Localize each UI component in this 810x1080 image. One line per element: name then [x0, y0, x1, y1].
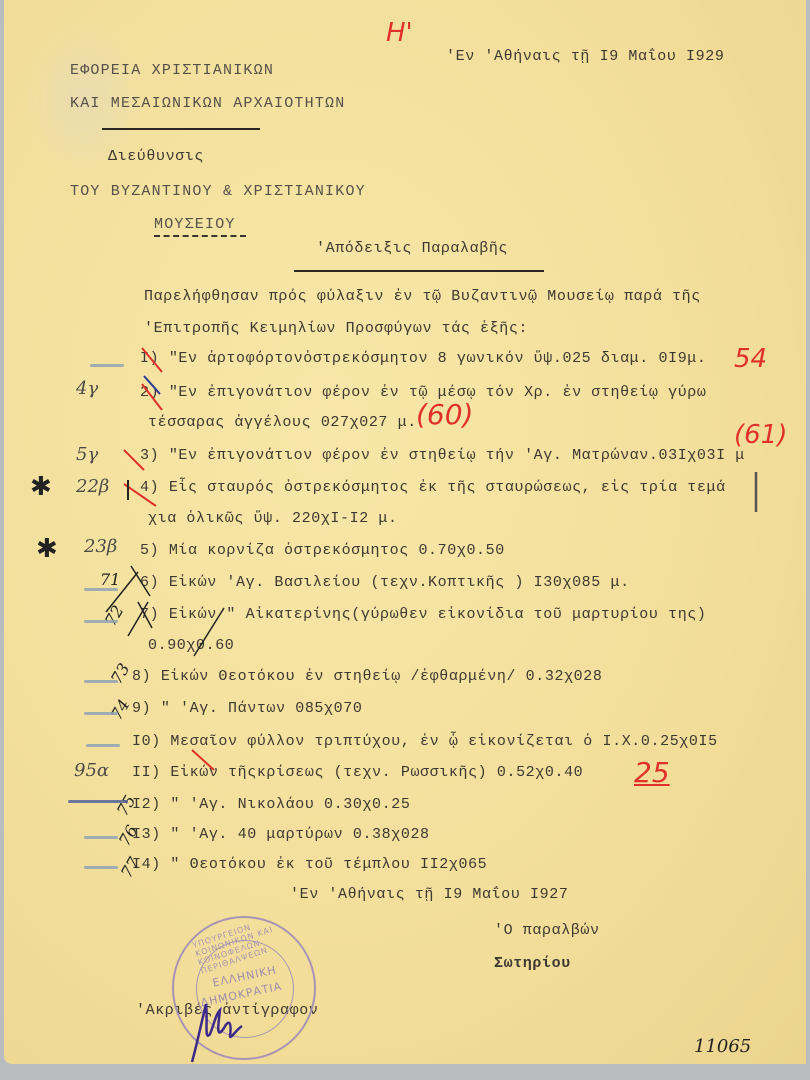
- list-item: Ι2) " 'Αγ. Νικολάου 0.30χ0.25: [132, 796, 410, 813]
- intro-line-2: 'Επιτροπῆς Κειμηλίων Προσφύγων τάς ἑξῆς:: [144, 320, 528, 337]
- ink-annotation: 72: [101, 602, 128, 629]
- list-item-continuation: 0.90χ0.60: [148, 637, 234, 654]
- margin-dash: [86, 744, 120, 747]
- list-item: 4) Εἷς σταυρός ὀστρεκόσμητος ἐκ τῆς σταυ…: [140, 479, 726, 496]
- asterisk-mark-icon: ✱: [30, 472, 52, 502]
- list-item: ΙΙ) Εἰκών τῆςκρίσεως (τεχν. Ρωσσικῆς) 0.…: [132, 764, 583, 781]
- archive-number: 11065: [694, 1036, 751, 1057]
- header-line-1: ΕΦΟΡΕΙΑ ΧΡΙΣΤΙΑΝΙΚΩΝ: [70, 62, 274, 79]
- header-line-3: Διεύθυνσις: [108, 148, 204, 165]
- sheet-mark: H': [386, 18, 413, 48]
- document-page: H' ΕΦΟΡΕΙΑ ΧΡΙΣΤΙΑΝΙΚΩΝ ΚΑΙ ΜΕΣΑΙΩΝΙΚΩΝ …: [4, 0, 806, 1064]
- margin-dash: [84, 588, 118, 591]
- pencil-annotation: 23β: [84, 536, 117, 557]
- list-item-continuation: τέσσαρας ἀγγέλους 027χ027 μ.: [148, 414, 417, 431]
- margin-dash: [84, 620, 118, 623]
- list-item: 7) Εἰκών " Αἰκατερίνης(γύρωθεν εἰκονίδια…: [140, 606, 707, 623]
- museum-underline: [154, 235, 246, 237]
- header-line-4: ΤΟΥ ΒΥΖΑΝΤΙΝΟΥ & ΧΡΙΣΤΙΑΝΙΚΟΥ: [70, 183, 366, 200]
- pencil-annotation: 95α: [74, 760, 109, 781]
- header-line-5: ΜΟΥΣΕΙΟΥ: [154, 216, 236, 233]
- intro-line-1: Παρελήφθησαν πρός φύλαξιν ἐν τῷ Βυζαντιν…: [144, 288, 701, 305]
- receiver-label: 'Ο παραλβών: [494, 922, 600, 939]
- margin-dash: [90, 364, 124, 367]
- header-line-2: ΚΑΙ ΜΕΣΑΙΩΝΙΚΩΝ ΑΡΧΑΙΟΤΗΤΩΝ: [70, 95, 345, 112]
- margin-dash: [84, 712, 118, 715]
- list-item: 5) Μία κορνίζα ὀστρεκόσμητος 0.70χ0.50: [140, 542, 505, 559]
- red-annotation: (60): [416, 398, 473, 431]
- margin-dash: [84, 680, 118, 683]
- list-item: Ι3) " 'Αγ. 40 μαρτύρων 0.38χ028: [132, 826, 430, 843]
- margin-dash: [68, 800, 128, 803]
- pencil-annotation: 4γ: [76, 378, 98, 399]
- pencil-annotation: 22β: [76, 476, 109, 497]
- list-item: 8) Εἰκών Θεοτόκου ἐν στηθείῳ /ἐφθαρμένη/…: [132, 668, 602, 685]
- list-item-continuation: χια ὁλικῶς ὕψ. 220χΙ-Ι2 μ.: [148, 510, 398, 527]
- date-header: 'Εν 'Αθήναις τῇ Ι9 Μαΐου Ι929: [446, 48, 724, 65]
- title-underline: [294, 270, 544, 272]
- list-item: 9) " 'Αγ. Πάντων 085χ070: [132, 700, 362, 717]
- list-item: 3) "Εν ἐπιγονάτιον φέρον ἐν στηθείῳ τήν …: [140, 447, 745, 464]
- signature-icon: [184, 990, 264, 1070]
- ink-annotation: 74: [107, 696, 134, 723]
- red-annotation: (61): [734, 420, 787, 450]
- header-divider: [102, 128, 260, 130]
- closing-date: 'Εν 'Αθήναις τῇ Ι9 Μαΐου Ι927: [290, 886, 568, 903]
- red-annotation: 25: [634, 756, 670, 789]
- document-title: 'Απόδειξις Παραλαβῆς: [316, 240, 508, 257]
- list-item: 6) Εἰκών 'Αγ. Βασιλείου (τεχν.Κοπτικῆς )…: [140, 574, 630, 591]
- list-item: Ι) "Εν ἀρτοφόρτονὀστρεκόσμητον 8 γωνικόν…: [140, 350, 707, 367]
- margin-dash: [84, 836, 118, 839]
- ink-annotation: 71: [100, 570, 120, 589]
- list-item: Ι0) Μεσαῖον φύλλον τριπτύχου, ἐν ᾧ εἰκον…: [132, 733, 718, 750]
- asterisk-mark-icon: ✱: [36, 534, 58, 564]
- red-annotation: 54: [734, 344, 767, 374]
- pencil-annotation: 5γ: [76, 444, 98, 465]
- margin-dash: [84, 866, 118, 869]
- receiver-name: Σωτηρίου: [494, 955, 571, 972]
- list-item: Ι4) " Θεοτόκου ἐκ τοῦ τέμπλου ΙΙ2χ065: [132, 856, 487, 873]
